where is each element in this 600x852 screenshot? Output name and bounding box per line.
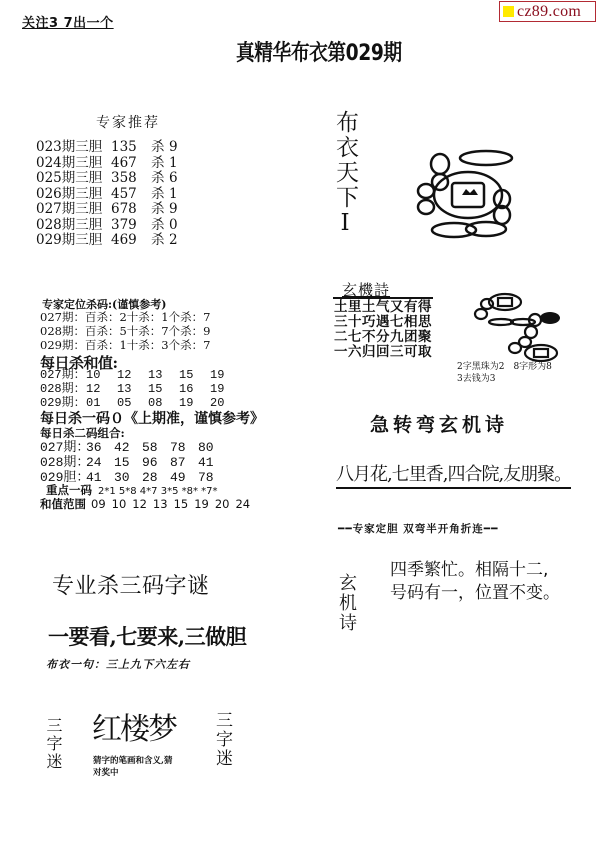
nums: 678 bbox=[111, 202, 151, 218]
nums: 467 bbox=[111, 156, 151, 172]
recommend-row: 026期三胆457杀1 bbox=[36, 187, 178, 203]
kill-label: 杀 bbox=[151, 202, 169, 218]
riddle-line: 一要看,七要来,三做胆 bbox=[48, 621, 246, 651]
page-title: 真精华布衣第029期 bbox=[236, 36, 402, 67]
value: 19 bbox=[194, 497, 209, 511]
nums: 358 bbox=[111, 171, 151, 187]
period: 025期三胆 bbox=[36, 171, 111, 187]
row-label: 028期： bbox=[40, 382, 86, 396]
value: 36 bbox=[86, 440, 114, 455]
kill-value: 9 bbox=[169, 140, 178, 156]
two-code-row: 028期：2415968741 bbox=[40, 455, 226, 470]
daily-two-code-heading: 每日杀二码组合: bbox=[40, 425, 125, 441]
kill-value: 1 bbox=[169, 187, 178, 203]
value: 87 bbox=[170, 455, 198, 470]
value: 42 bbox=[114, 440, 142, 455]
poem-line: 一六归回三可取 bbox=[334, 345, 432, 360]
nums: 379 bbox=[111, 218, 151, 234]
right-vertical-title: 布衣天下Ⅰ bbox=[332, 110, 358, 238]
ellipse-puzzle-graphic bbox=[410, 145, 530, 245]
riddle-right-vertical: 三字迷 bbox=[210, 711, 235, 768]
value: 19 bbox=[210, 382, 241, 396]
poem-lines: 土里土气又有得 三十巧遇七相思 二七不分九团聚 一六归回三可取 bbox=[334, 300, 432, 360]
brand-watermark[interactable]: cz89.com bbox=[499, 1, 596, 22]
kill-value: 6 bbox=[169, 171, 178, 187]
recommend-row: 028期三胆379杀0 bbox=[36, 218, 178, 234]
poem-line: 三十巧遇七相思 bbox=[334, 315, 432, 330]
daily-sum-kill-list: 027期：1012131519 028期：1213151619 029期：010… bbox=[40, 368, 241, 410]
value: 09 bbox=[91, 497, 106, 511]
kill-value: 2 bbox=[169, 233, 178, 249]
daily-two-code-list: 027期：3642587880 028期：2415968741 029胆：413… bbox=[40, 440, 226, 485]
graphic-note-line: 3去钱为3 bbox=[457, 373, 552, 385]
period: 029期三胆 bbox=[36, 233, 111, 249]
kill-label: 杀 bbox=[151, 187, 169, 203]
recommend-row: 023期三胆135杀9 bbox=[36, 140, 178, 156]
value: 15 bbox=[179, 368, 210, 382]
mystic-poem-line: 四季繁忙。相隔十二, bbox=[390, 559, 560, 582]
period: 024期三胆 bbox=[36, 156, 111, 172]
period: 028期三胆 bbox=[36, 218, 111, 234]
turn-poem-line: 八月花,七里香,四合院,友朋聚。 bbox=[336, 460, 571, 489]
value: 12 bbox=[86, 382, 117, 396]
riddle-answer: 红楼梦 bbox=[92, 704, 176, 748]
riddle-sub: 布衣一句：三上九下六左右 bbox=[46, 656, 190, 672]
value: 58 bbox=[142, 440, 170, 455]
turn-poem-title: 急转弯玄机诗 bbox=[370, 410, 508, 437]
value: 15 bbox=[174, 497, 189, 511]
kill-label: 杀 bbox=[151, 156, 169, 172]
mystic-poem-vertical: 玄机诗 bbox=[336, 573, 358, 633]
value: 15 bbox=[148, 382, 179, 396]
row-label: 027期： bbox=[40, 368, 86, 382]
value: 13 bbox=[117, 382, 148, 396]
expert-recommend-heading: 专家推荐 bbox=[96, 112, 160, 132]
graphic-note-line: 2字黑珠为2 8字形为8 bbox=[457, 361, 552, 373]
expert-recommend-list: 023期三胆135杀9 024期三胆467杀1 025期三胆358杀6 026期… bbox=[36, 140, 178, 249]
kill-label: 杀 bbox=[151, 218, 169, 234]
kill-label: 杀 bbox=[151, 171, 169, 187]
value: 10 bbox=[112, 497, 127, 511]
value: 12 bbox=[117, 368, 148, 382]
mystic-poem-lines: 四季繁忙。相隔十二, 号码有一，位置不变。 bbox=[390, 559, 560, 605]
graphic-note: 2字黑珠为2 8字形为8 3去钱为3 bbox=[457, 361, 552, 385]
sum-kill-row: 028期：1213151619 bbox=[40, 382, 241, 396]
sum-kill-row: 027期：1012131519 bbox=[40, 368, 241, 382]
nums: 469 bbox=[111, 233, 151, 249]
expert-banner: ━━专家定胆 双弯半开角折连━━ bbox=[338, 521, 498, 536]
value: 12 bbox=[132, 497, 147, 511]
recommend-row: 024期三胆467杀1 bbox=[36, 156, 178, 172]
position-kill-row: 027期：百杀：2十杀：1个杀：7 bbox=[40, 310, 210, 324]
poem-line: 土里土气又有得 bbox=[334, 300, 432, 315]
recommend-row: 027期三胆678杀9 bbox=[36, 202, 178, 218]
position-kill-row: 029期：百杀：1十杀：3个杀：7 bbox=[40, 338, 210, 352]
kill-value: 9 bbox=[169, 202, 178, 218]
value: 78 bbox=[170, 440, 198, 455]
mystic-poem-line: 号码有一，位置不变。 bbox=[390, 582, 560, 605]
riddle-title: 专业杀三码字谜 bbox=[52, 569, 210, 600]
recommend-row: 025期三胆358杀6 bbox=[36, 171, 178, 187]
value: 13 bbox=[148, 368, 179, 382]
kill-label: 杀 bbox=[151, 140, 169, 156]
value: 15 bbox=[114, 455, 142, 470]
period: 027期三胆 bbox=[36, 202, 111, 218]
brand-square-icon bbox=[503, 6, 514, 17]
value: 24 bbox=[86, 455, 114, 470]
value: 80 bbox=[198, 440, 226, 455]
nums: 457 bbox=[111, 187, 151, 203]
brand-text: cz89.com bbox=[517, 3, 581, 21]
value: 20 bbox=[215, 497, 230, 511]
key-code-label: 重点一码 bbox=[46, 483, 92, 497]
value: 16 bbox=[179, 382, 210, 396]
value: 96 bbox=[142, 455, 170, 470]
period: 026期三胆 bbox=[36, 187, 111, 203]
value: 13 bbox=[153, 497, 168, 511]
recommend-row: 029期三胆469杀2 bbox=[36, 233, 178, 249]
position-kill-list: 027期：百杀：2十杀：1个杀：7 028期：百杀：5十杀：7个杀：9 029期… bbox=[40, 310, 210, 352]
row-label: 027期： bbox=[40, 440, 86, 455]
value: 41 bbox=[198, 455, 226, 470]
sum-range-label: 和值范围 bbox=[40, 497, 86, 511]
kill-value: 1 bbox=[169, 156, 178, 172]
nums: 135 bbox=[111, 140, 151, 156]
poem-line: 二七不分九团聚 bbox=[334, 330, 432, 345]
kill-label: 杀 bbox=[151, 233, 169, 249]
riddle-left-vertical: 三字迷 bbox=[42, 717, 65, 771]
riddle-note: 猜字的笔画和含义,猜对奖中 bbox=[93, 755, 179, 779]
row-label: 028期： bbox=[40, 455, 86, 470]
position-kill-row: 028期：百杀：5十杀：7个杀：9 bbox=[40, 324, 210, 338]
period: 023期三胆 bbox=[36, 140, 111, 156]
follow-note: 关注3 7出一个 bbox=[22, 12, 114, 31]
value: 19 bbox=[210, 368, 241, 382]
bead-chain-graphic bbox=[465, 290, 565, 362]
kill-value: 0 bbox=[169, 218, 178, 234]
value: 24 bbox=[235, 497, 250, 511]
two-code-row: 027期：3642587880 bbox=[40, 440, 226, 455]
value: 10 bbox=[86, 368, 117, 382]
sum-range-row: 和值范围0910121315192024 bbox=[40, 496, 256, 512]
